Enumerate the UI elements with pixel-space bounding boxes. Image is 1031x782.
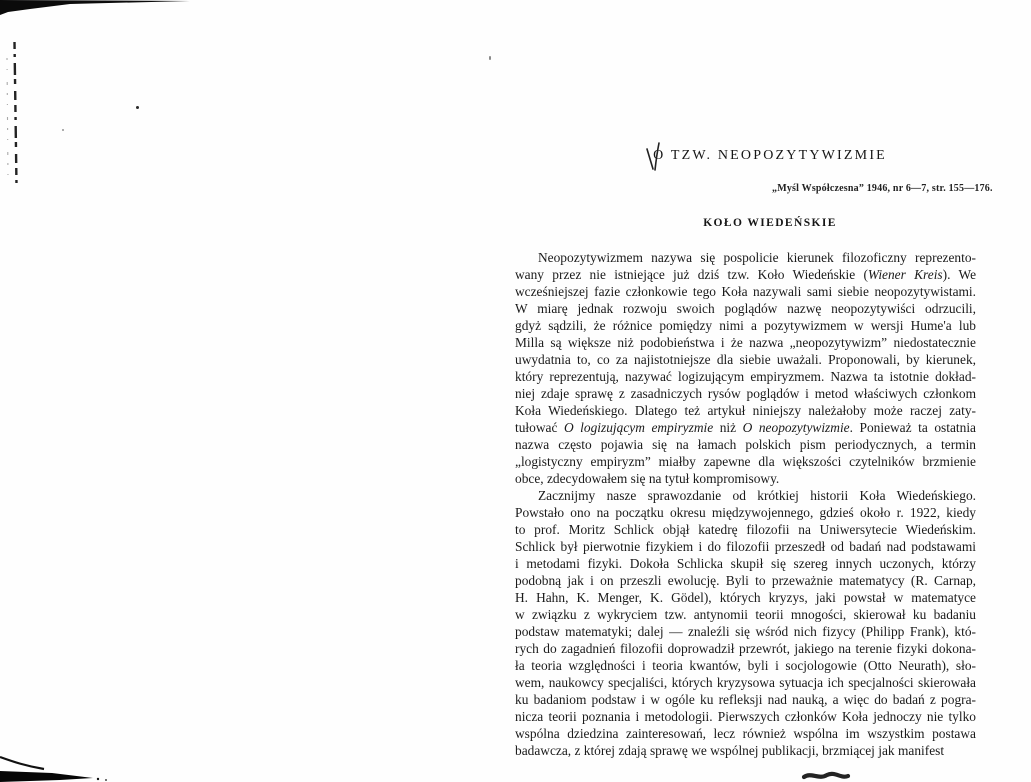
text-segment: wany przez nie istniejące już dziś tzw. … [515,267,868,282]
text-segment: nazwa często pojawia się na łamach polsk… [515,437,976,452]
text-segment: uwydatnia to, co za najistotniejsze dla … [515,352,976,367]
bottom-edge-ink-band [0,771,93,782]
text-line: to prof. Moritz Schlick objął katedrę fi… [515,521,976,538]
text-line: Milla są większe niż podobieństwa i że n… [515,334,976,351]
text-line: H. Hahn, K. Menger, K. Gödel), których k… [515,589,976,606]
text-line: ku badaniom podstaw i w ogóle ku refleks… [515,691,976,708]
text-segment: rych do zagadnień filozofii doprowadził … [515,641,976,656]
bottom-edge-ink-dot [97,778,99,780]
text-line: obce, zdecydowałem się na tytuł kompromi… [515,470,976,487]
text-segment: Powstało ono na początku okresu międzywo… [515,505,976,520]
text-line: nicza teorii poznania i metodologii. Pie… [515,708,976,725]
text-segment: który reprezentują, nazywać logizującym … [515,369,976,384]
source-citation: „Myśl Współczesna” 1946, nr 6—7, str. 15… [772,183,993,194]
text-line: podstaw matematyki; dalej — znaleźli się… [515,623,976,640]
text-segment: niej zdaje sprawę z zasadniczych rysów p… [515,386,976,401]
text-segment: obce, zdecydowałem się na tytuł kompromi… [515,471,779,486]
text-segment: i metodami fizyki. Dokoła Schlicka skupi… [515,556,976,571]
text-line: w związku z wykryciem tzw. antynomii teo… [515,606,976,623]
text-segment: Neopozytywizmem nazywa się pospolicie ki… [538,250,976,265]
italic-text-segment: Wiener Kreis [868,267,943,282]
text-segment: ku badaniom podstaw i w ogóle ku refleks… [515,692,976,707]
text-segment: Milla są większe niż podobieństwa i że n… [515,335,976,350]
bottom-ink-blot [804,774,848,777]
text-line: ła teoria względności i teoria kwantów, … [515,657,976,674]
scanned-page: O TZW. NEOPOZYTYWIZMIE „Myśl Współczesna… [0,0,1031,782]
text-line: rych do zagadnień filozofii doprowadził … [515,640,976,657]
text-segment: wem, naukowcy specjaliści, których kryzy… [515,675,976,690]
italic-text-segment: O neopozytywizmie [743,420,850,435]
text-segment: „logistyczny empiryzm” miałby zapewne dl… [515,454,976,469]
text-line: Neopozytywizmem nazywa się pospolicie ki… [515,249,976,266]
text-segment: podstaw matematyki; dalej — znaleźli się… [515,624,976,639]
text-line: Zacznijmy nasze sprawozdanie od krótkiej… [515,487,976,504]
text-segment: . Ponieważ ta ostatnia [850,420,976,435]
text-segment: nicza teorii poznania i metodologii. Pie… [515,709,976,724]
text-segment: tułować [515,420,564,435]
text-segment: Schlick był pierwotnie fizykiem i do fil… [515,539,976,554]
body-text: Neopozytywizmem nazywa się pospolicie ki… [515,249,976,759]
text-segment: H. Hahn, K. Menger, K. Gödel), których k… [515,590,976,605]
text-segment: to prof. Moritz Schlick objął katedrę fi… [515,522,976,537]
text-line: wcześniejszej fazie członkowie tego Koła… [515,283,976,300]
dust-speck [136,106,139,109]
text-line: który reprezentują, nazywać logizującym … [515,368,976,385]
top-edge-ink-smudge [0,0,190,15]
bottom-left-ink-curve [0,757,44,769]
text-segment: ). We [943,267,976,282]
text-segment: gdyż sądzili, że różnice pomiędzy nimi a… [515,318,976,333]
text-line: nazwa często pojawia się na łamach polsk… [515,436,976,453]
text-segment: W miarę jednak rozwoju swoich poglądów n… [515,301,976,316]
text-segment: badawcza, z której zdają sprawę we wspól… [515,743,944,758]
text-line: wany przez nie istniejące już dziś tzw. … [515,266,976,283]
text-line: uwydatnia to, co za najistotniejsze dla … [515,351,976,368]
text-line: Powstało ono na początku okresu międzywo… [515,504,976,521]
text-segment: ła teoria względności i teoria kwantów, … [515,658,976,673]
text-line: wspólna dziedzina zainteresowań, lecz ró… [515,725,976,742]
text-line: wem, naukowcy specjaliści, których kryzy… [515,674,976,691]
text-segment: w związku z wykryciem tzw. antynomii teo… [515,607,976,622]
text-segment: podobną jak i on przeszli ewolucję. Byli… [515,573,976,588]
dust-speck [62,129,64,131]
text-segment: Zacznijmy nasze sprawozdanie od krótkiej… [538,488,976,503]
text-line: i metodami fizyki. Dokoła Schlicka skupi… [515,555,976,572]
left-margin-binding-line [15,42,17,185]
text-line: badawcza, z której zdają sprawę we wspól… [515,742,976,759]
text-line: gdyż sądzili, że różnice pomiędzy nimi a… [515,317,976,334]
text-line: tułować O logizującym empiryzmie niż O n… [515,419,976,436]
bottom-edge-ink-dot [105,779,107,781]
section-heading: KOŁO WIEDEŃSKIE [540,217,1000,229]
text-line: Schlick był pierwotnie fizykiem i do fil… [515,538,976,555]
text-segment: Koła Wiedeńskiego. Dlatego też artykuł n… [515,403,976,418]
text-line: „logistyczny empiryzm” miałby zapewne dl… [515,453,976,470]
text-line: podobną jak i on przeszli ewolucję. Byli… [515,572,976,589]
text-segment: wspólna dziedzina zainteresowań, lecz ró… [515,726,976,741]
text-segment: wcześniejszej fazie członkowie tego Koła… [515,284,976,299]
text-segment: niż [713,420,742,435]
text-line: Koła Wiedeńskiego. Dlatego też artykuł n… [515,402,976,419]
dust-speck [489,56,491,60]
left-margin-binding-line-faint [7,58,8,178]
text-line: niej zdaje sprawę z zasadniczych rysów p… [515,385,976,402]
page-title: O TZW. NEOPOZYTYWIZMIE [540,148,1000,164]
italic-text-segment: O logizującym empiryzmie [564,420,713,435]
text-line: W miarę jednak rozwoju swoich poglądów n… [515,300,976,317]
